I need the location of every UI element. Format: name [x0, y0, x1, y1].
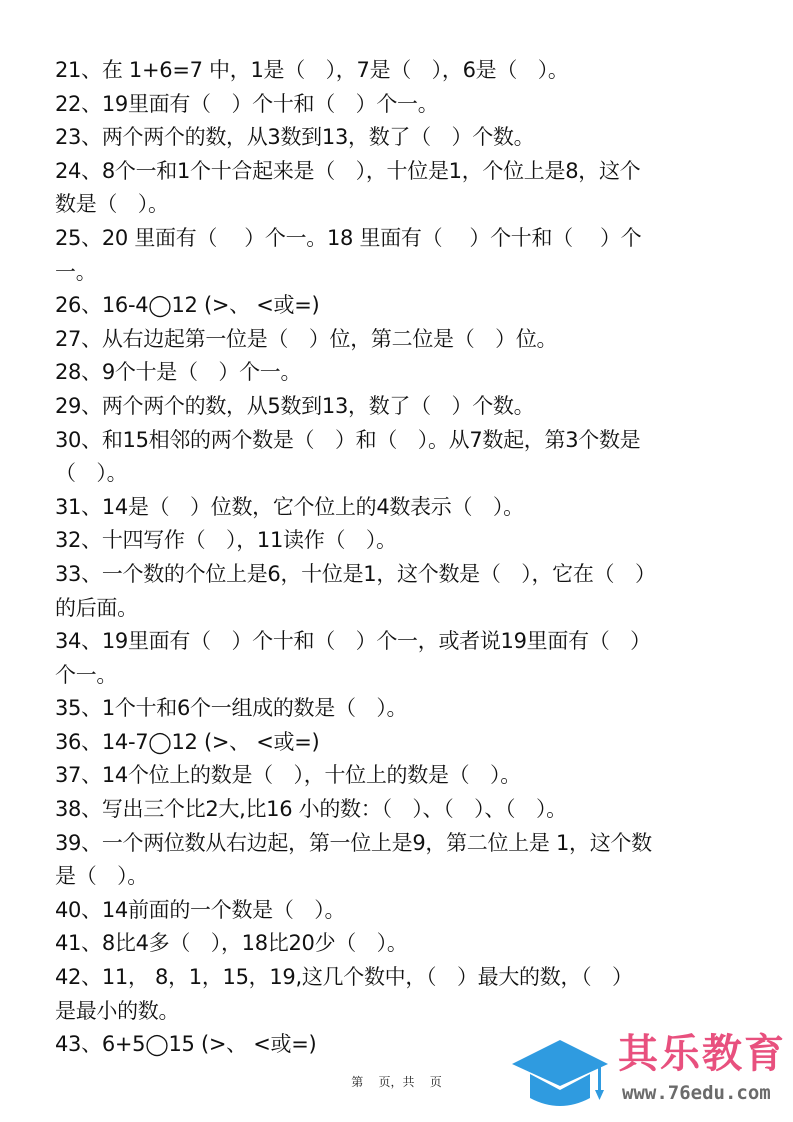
question-line: 42、11， 8，1，15，19,这几个数中，（ ）最大的数，（ ） — [55, 961, 745, 995]
question-line: 21、在 1+6=7 中，1是（ ），7是（ ），6是（ ）。 — [55, 54, 745, 88]
brand-logo: 其乐教育 www.76edu.com — [510, 1030, 790, 1115]
question-line: 28、9个十是（ ）个一。 — [55, 356, 745, 390]
question-line: 一。 — [55, 256, 745, 290]
question-line: 24、8个一和1个十合起来是（ ），十位是1，个位上是8，这个 — [55, 155, 745, 189]
question-line: 23、两个两个的数，从3数到13，数了（ ）个数。 — [55, 121, 745, 155]
question-line: 31、14是（ ）位数，它个位上的4数表示（ ）。 — [55, 491, 745, 525]
question-line: 是最小的数。 — [55, 995, 745, 1029]
question-line: 39、一个两位数从右边起，第一位上是9，第二位上是 1，这个数 — [55, 827, 745, 861]
question-line: （ ）。 — [55, 457, 745, 491]
question-line: 25、20 里面有（ ）个一。18 里面有（ ）个十和（ ）个 — [55, 222, 745, 256]
question-line: 的后面。 — [55, 592, 745, 626]
question-line: 38、写出三个比2大,比16 小的数：（ ）、（ ）、（ ）。 — [55, 793, 745, 827]
question-line: 数是（ ）。 — [55, 188, 745, 222]
question-line: 34、19里面有（ ）个十和（ ）个一，或者说19里面有（ ） — [55, 625, 745, 659]
question-line: 26、16-4◯12 (>、 <或=) — [55, 289, 745, 323]
question-line: 40、14前面的一个数是（ ）。 — [55, 894, 745, 928]
question-line: 37、14个位上的数是（ ），十位上的数是（ ）。 — [55, 759, 745, 793]
question-line: 32、十四写作（ ），11读作（ ）。 — [55, 524, 745, 558]
question-list: 21、在 1+6=7 中，1是（ ），7是（ ），6是（ ）。 22、19里面有… — [55, 54, 745, 1062]
brand-url: www.76edu.com — [622, 1082, 771, 1104]
question-line: 35、1个十和6个一组成的数是（ ）。 — [55, 692, 745, 726]
question-line: 33、一个数的个位上是6，十位是1，这个数是（ ），它在（ ） — [55, 558, 745, 592]
question-line: 30、和15相邻的两个数是（ ）和（ ）。从7数起，第3个数是 — [55, 424, 745, 458]
question-line: 是（ ）。 — [55, 860, 745, 894]
question-line: 29、两个两个的数，从5数到13，数了（ ）个数。 — [55, 390, 745, 424]
question-line: 个一。 — [55, 659, 745, 693]
question-line: 41、8比4多（ ），18比20少（ ）。 — [55, 927, 745, 961]
question-line: 22、19里面有（ ）个十和（ ）个一。 — [55, 88, 745, 122]
graduation-cap-icon — [510, 1034, 610, 1116]
brand-name: 其乐教育 — [618, 1030, 786, 1078]
question-line: 36、14-7◯12 (>、 <或=) — [55, 726, 745, 760]
question-line: 27、从右边起第一位是（ ）位，第二位是（ ）位。 — [55, 323, 745, 357]
